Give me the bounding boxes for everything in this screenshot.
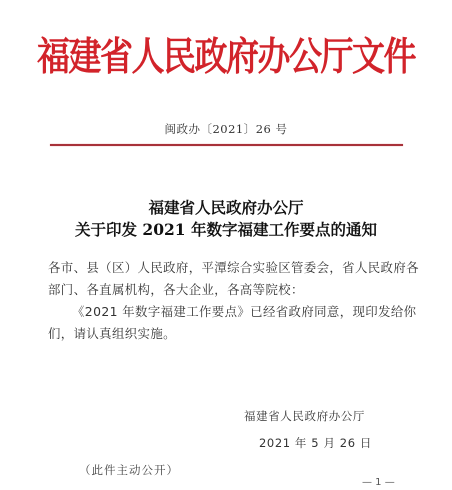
document-header-title: 福建省人民政府办公厅文件 xyxy=(0,31,452,83)
recipients-line1: 各市、县（区）人民政府，平潭综合实验区管委会，省人民政府各 xyxy=(48,257,408,279)
notice-heading-line1: 福建省人民政府办公厅 xyxy=(0,197,452,219)
signature-date: 2021 年 5 月 26 日 xyxy=(259,435,372,451)
notice-heading-line2: 关于印发 2021 年数字福建工作要点的通知 xyxy=(0,219,452,241)
signature-issuer: 福建省人民政府办公厅 xyxy=(244,408,365,424)
recipients-line2: 部门、各直属机构，各大企业，各高等院校： xyxy=(48,279,408,301)
document-number: 闽政办〔2021〕26 号 xyxy=(0,121,452,137)
red-separator-rule xyxy=(50,144,403,146)
body-paragraph-line1: 《2021 年数字福建工作要点》已经省政府同意，现印发给你 xyxy=(48,301,432,323)
page-number: — 1 — xyxy=(362,477,395,488)
disclosure-note: （此件主动公开） xyxy=(79,462,179,478)
body-paragraph-line2: 们，请认真组织实施。 xyxy=(48,323,408,345)
